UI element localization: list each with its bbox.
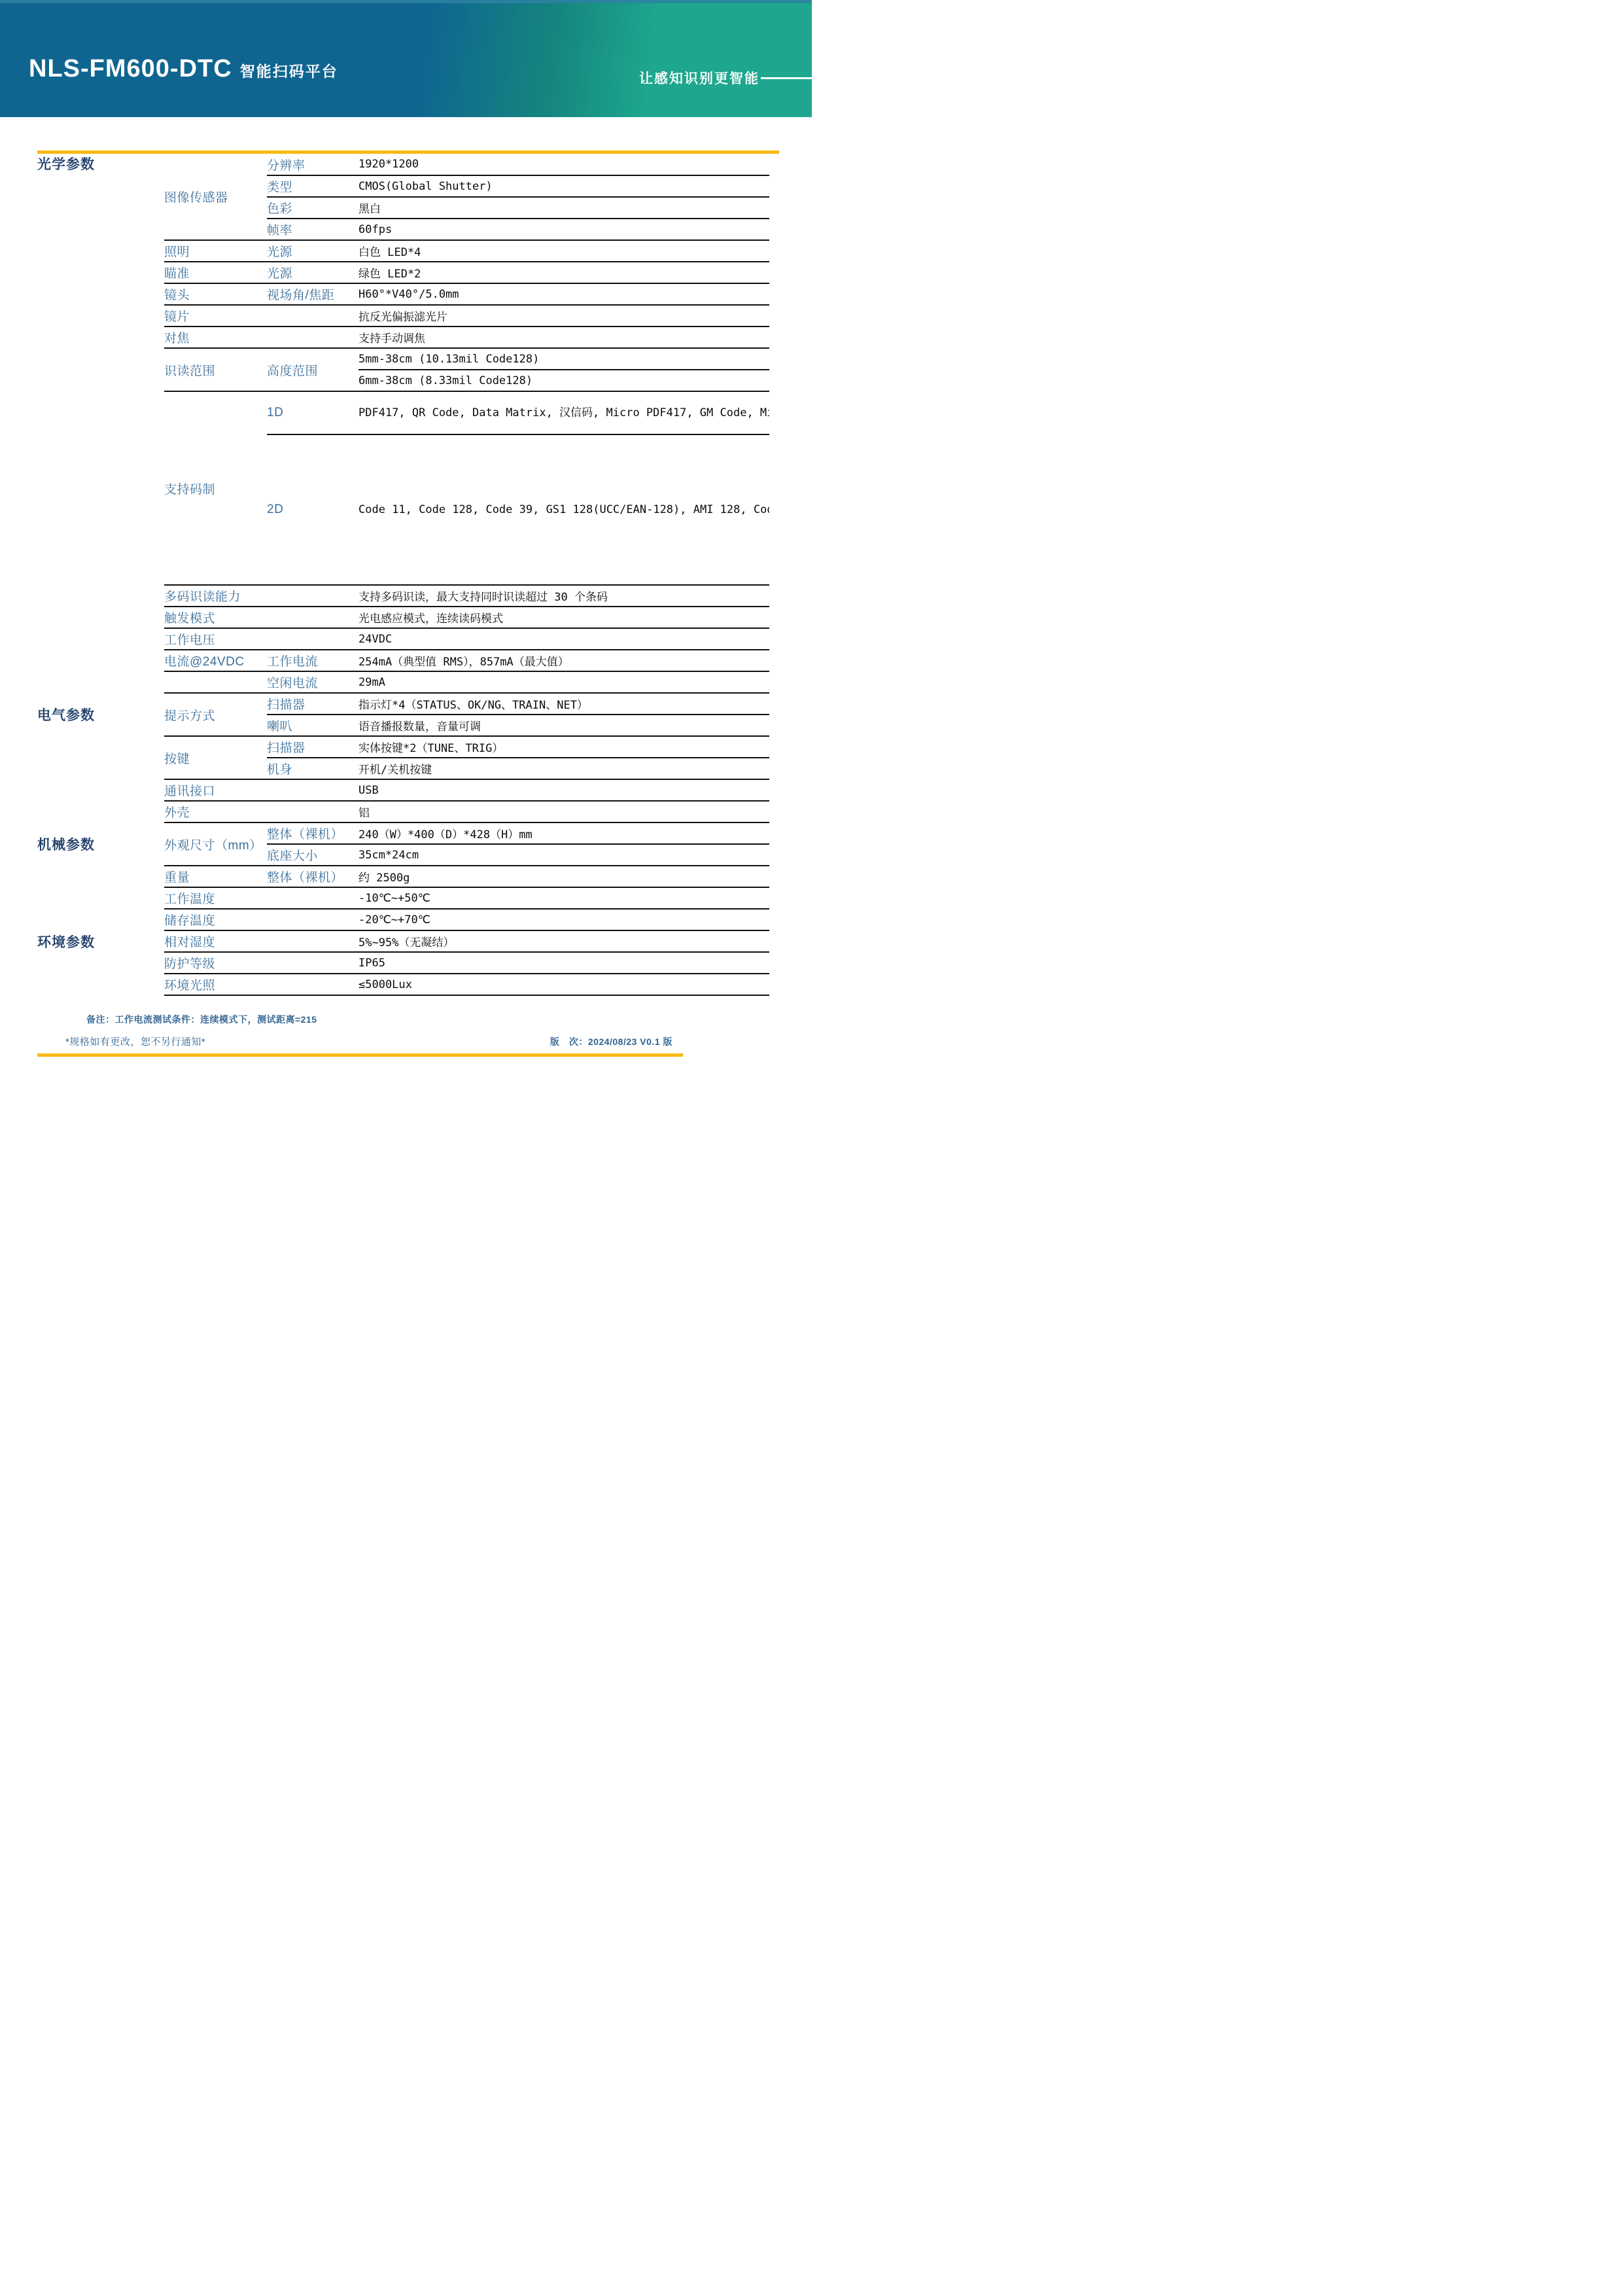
value-focus: 支持手动调焦 [358,327,769,348]
group-housing: 外壳 [164,801,358,822]
value-base-size: 35cm*24cm [358,844,769,866]
value-humidity: 5%~95%（无凝结） [358,930,769,952]
value-aim-source: 绿色 LED*2 [358,262,769,283]
sub-fov: 视场角/焦距 [267,283,358,305]
value-interface: USB [358,779,769,801]
spec-sheet-page: NLS-FM600-DTC智能扫码平台 让感知识别更智能 光学参数 图像传感器 … [0,0,812,1148]
value-color: 黑白 [358,197,769,219]
value-overall-dimensions: 240（W）*400（D）*428（H）mm [358,822,769,844]
header-slogan: 让感知识别更智能 [639,68,812,88]
value-idle-current: 29mA [358,671,769,693]
group-multicode: 多码识读能力 [164,585,358,607]
sub-framerate: 帧率 [267,219,358,240]
slogan-rule [761,77,812,79]
value-window: 抗反光偏振滤光片 [358,305,769,327]
value-button-scanner: 实体按键*2（TUNE、TRIG） [358,736,769,758]
sub-speaker: 喇叭 [267,715,358,736]
sub-illum-source: 光源 [267,240,358,262]
category-electrical: 电气参数 [37,628,164,801]
group-window: 镜片 [164,305,358,327]
group-indication: 提示方式 [164,693,267,736]
footer-disclaimer: *规格如有更改，恕不另行通知* [65,1034,205,1048]
group-storage-temp: 储存温度 [164,909,358,930]
value-range-2: 6mm-38cm (8.33mil Code128) [358,370,769,391]
group-op-temp: 工作温度 [164,887,358,909]
sub-indicator-scanner: 扫描器 [267,693,358,715]
category-mechanical: 机械参数 [37,801,164,887]
sub-weight-overall: 整体（裸机） [267,866,358,887]
table-row: 机械参数 外壳 铝 [37,801,769,822]
sub-base: 底座大小 [267,844,358,866]
brand: NLS-FM600-DTC智能扫码平台 [29,55,338,83]
table-row: 电气参数 工作电压 24VDC [37,628,769,650]
sub-idle-current: 空闲电流 [267,671,358,693]
value-type: CMOS(Global Shutter) [358,175,769,197]
group-voltage: 工作电压 [164,628,358,650]
group-symbologies: 支持码制 [164,391,267,585]
group-ip-rating: 防护等级 [164,952,358,974]
value-1d-symbologies: PDF417, QR Code, Data Matrix, 汉信码, Micro… [358,391,769,434]
value-speaker: 语音播报数量，音量可调 [358,715,769,736]
group-lens: 镜头 [164,283,267,305]
sub-resolution: 分辨率 [267,154,358,175]
group-humidity: 相对湿度 [164,930,358,952]
slogan-text: 让感知识别更智能 [639,68,759,88]
value-housing: 铝 [358,801,769,822]
product-model: NLS-FM600-DTC [29,55,232,82]
group-aiming: 瞄准 [164,262,267,283]
sub-working-current: 工作电流 [267,650,358,671]
header-banner: NLS-FM600-DTC智能扫码平台 让感知识别更智能 [0,0,812,117]
bottom-rule-spacer [37,995,164,996]
sub-button-scanner: 扫描器 [267,736,358,758]
value-ambient-light: ≤5000Lux [358,974,769,995]
header-top-strip [0,0,812,3]
value-working-current: 254mA（典型值 RMS），857mA（最大值） [358,650,769,671]
sub-color: 色彩 [267,197,358,219]
spec-table: 光学参数 图像传感器 分辨率 1920*1200 类型 CMOS(Global … [37,154,769,996]
value-trigger-mode: 光电感应模式，连续读码模式 [358,607,769,628]
value-illum-source: 白色 LED*4 [358,240,769,262]
group-buttons: 按键 [164,736,267,779]
product-type: 智能扫码平台 [240,63,338,80]
group-dimensions: 外观尺寸（mm） [164,822,267,866]
value-voltage: 24VDC [358,628,769,650]
category-environmental: 环境参数 [37,887,164,995]
value-storage-temp: -20℃~+70℃ [358,909,769,930]
group-trigger-mode: 触发模式 [164,607,358,628]
value-body: 开机/关机按键 [358,758,769,779]
group-image-sensor: 图像传感器 [164,154,267,240]
footer-row: *规格如有更改，恕不另行通知* 版 次：2024/08/23 V0.1 版 [65,1034,672,1048]
sub-aim-source: 光源 [267,262,358,283]
sub-1d: 1D [267,391,358,434]
category-optical: 光学参数 [37,154,164,628]
value-2d-symbologies: Code 11, Code 128, Code 39, GS1 128(UCC/… [358,434,769,585]
table-bottom-rule-row [37,995,769,996]
value-framerate: 60fps [358,219,769,240]
footer-note: 备注：工作电流测试条件：连续模式下，测试距离=215 [86,1013,812,1026]
group-weight: 重量 [164,866,267,887]
value-fov: H60°*V40°/5.0mm [358,283,769,305]
value-range-1: 5mm-38cm (10.13mil Code128) [358,348,769,370]
value-resolution: 1920*1200 [358,154,769,175]
table-row: 光学参数 图像传感器 分辨率 1920*1200 [37,154,769,175]
sub-2d: 2D [267,434,358,585]
sub-type: 类型 [267,175,358,197]
divider-bottom [37,1053,683,1057]
value-op-temp: -10℃~+50℃ [358,887,769,909]
group-focus: 对焦 [164,327,358,348]
group-current: 电流@24VDC [164,650,267,671]
group-ambient-light: 环境光照 [164,974,358,995]
table-row: 环境参数 工作温度 -10℃~+50℃ [37,887,769,909]
group-interface: 通讯接口 [164,779,358,801]
value-indicator-scanner: 指示灯*4（STATUS、OK/NG、TRAIN、NET） [358,693,769,715]
value-ip-rating: IP65 [358,952,769,974]
footer-revision: 版 次：2024/08/23 V0.1 版 [550,1035,672,1048]
table-bottom-rule [164,995,769,996]
sub-body: 机身 [267,758,358,779]
group-reading-range: 识读范围 [164,348,267,391]
value-multicode: 支持多码识读，最大支持同时识读超过 30 个条码 [358,585,769,607]
group-illumination: 照明 [164,240,267,262]
group-current-empty [164,671,267,693]
sub-overall: 整体（裸机） [267,822,358,844]
value-weight: 约 2500g [358,866,769,887]
sub-height-range: 高度范围 [267,348,358,391]
